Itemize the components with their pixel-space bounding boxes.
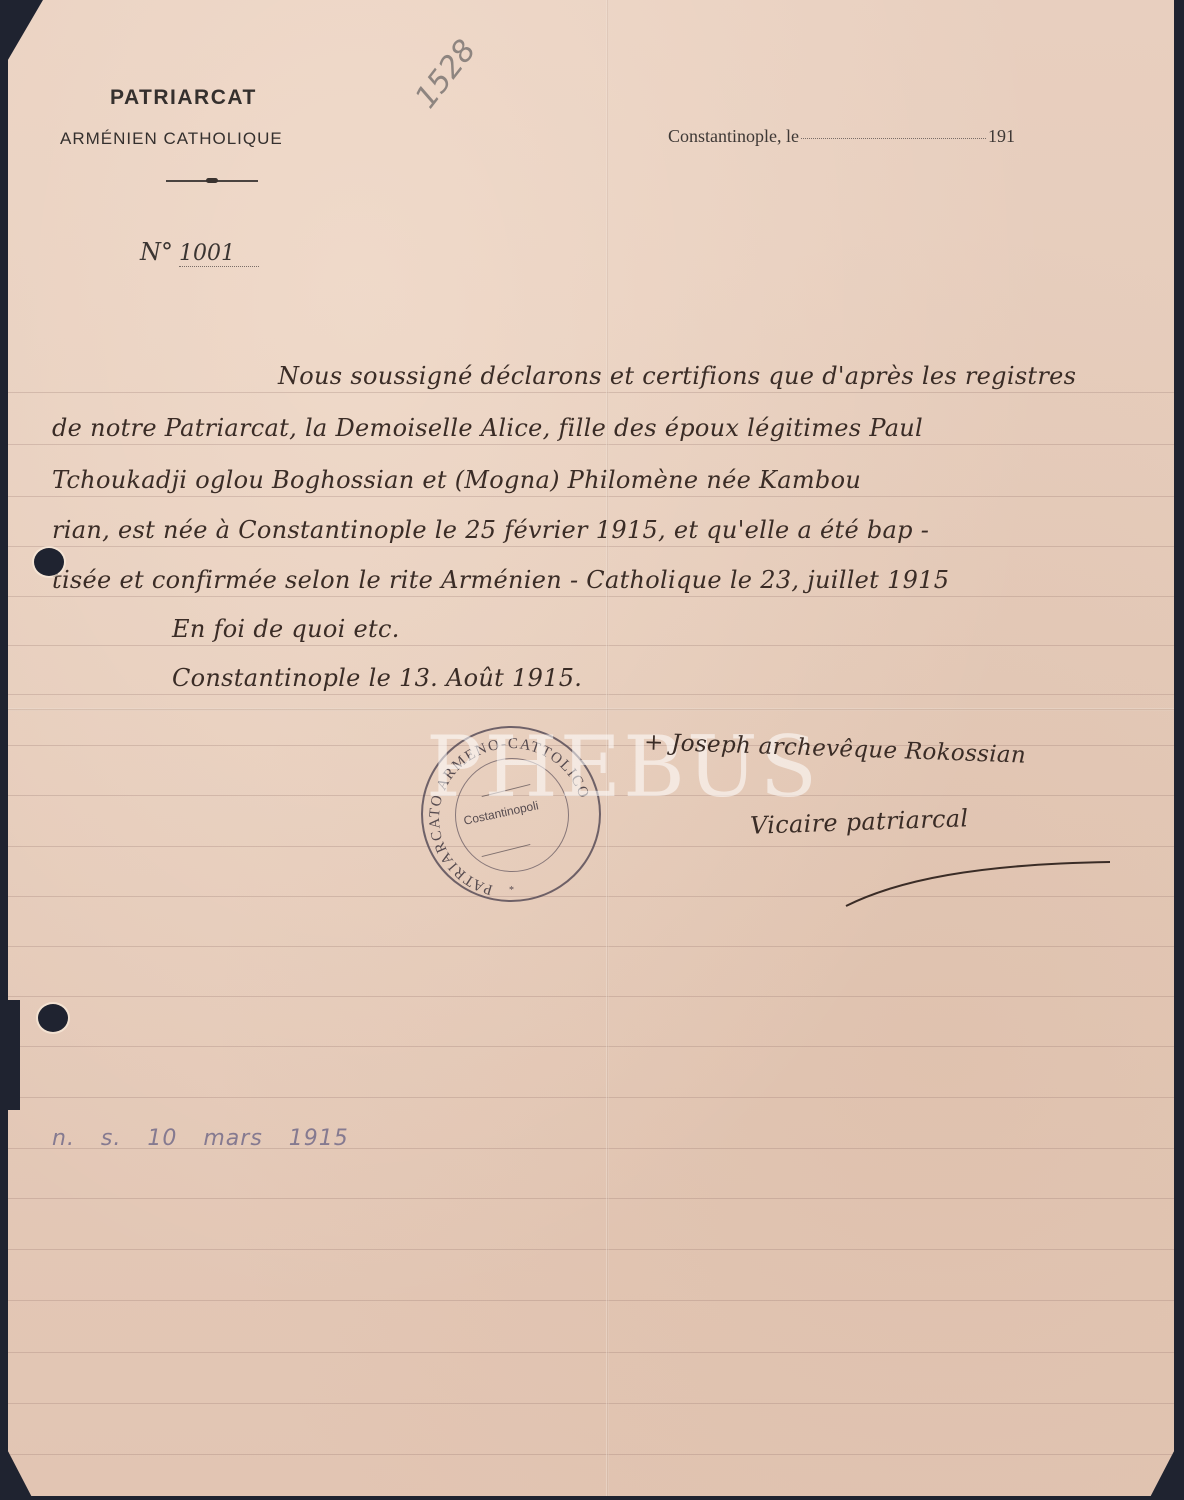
document-page: PATRIARCAT ARMÉNIEN CATHOLIQUE Constanti… (8, 0, 1174, 1496)
closing-formula: En foi de quoi etc. (172, 615, 400, 643)
ruled-line (8, 392, 1174, 393)
number-label: N° (140, 238, 173, 266)
place-and-date: Constantinople le 13. Août 1915. (172, 664, 582, 692)
official-seal: PATRIARCATO ARMENO-CATTOLICO * Costantin… (421, 726, 601, 902)
signature-line-2: Vicaire patriarcal (750, 804, 969, 840)
ruled-line (8, 946, 1174, 947)
ruled-line (8, 996, 1174, 997)
ruled-line (8, 1249, 1174, 1250)
ruled-line (8, 1097, 1174, 1098)
punch-hole-top (34, 548, 64, 576)
pencil-reference-number: 1528 (408, 33, 483, 115)
ruled-line (8, 1403, 1174, 1404)
pencil-annotation: n. s. 10 mars 1915 (52, 1126, 349, 1151)
ruled-line (8, 444, 1174, 445)
signature-flourish (838, 850, 1118, 910)
ruled-line (8, 546, 1174, 547)
punch-hole-bottom (38, 1004, 68, 1032)
ruled-line (8, 1046, 1174, 1047)
body-line-2: de notre Patriarcat, la Demoiselle Alice… (52, 414, 923, 442)
vertical-fold (606, 0, 609, 1496)
ruled-line (8, 694, 1174, 695)
ruled-line (8, 1198, 1174, 1199)
ruled-line (8, 596, 1174, 597)
body-line-1: Nous soussigné déclarons et certifions q… (278, 362, 1076, 390)
ruled-line (8, 496, 1174, 497)
signature-line-1: + Joseph archevêque Rokossian (644, 729, 1027, 768)
ruled-line (8, 645, 1174, 646)
ruled-line (8, 1352, 1174, 1353)
ruled-line (8, 1300, 1174, 1301)
torn-edge (8, 1000, 20, 1110)
body-line-4: rian, est née à Constantinople le 25 fév… (52, 516, 929, 544)
svg-text:*: * (509, 885, 514, 896)
letterhead-title: PATRIARCAT (110, 86, 257, 110)
body-line-3: Tchoukadji oglou Boghossian et (Mogna) P… (52, 466, 861, 494)
number-value: 1001 (179, 241, 259, 267)
horizontal-fold (8, 708, 1174, 711)
place-label: Constantinople, le (668, 126, 799, 147)
year-prefix: 191 (988, 126, 1015, 147)
document-number: N° 1001 (140, 238, 259, 267)
place-date-line: Constantinople, le 191 (668, 126, 1015, 147)
date-blank (801, 138, 986, 139)
ruled-line (8, 1454, 1174, 1455)
body-line-5: tisée et confirmée selon le rite Arménie… (52, 566, 949, 594)
letterhead-ornament (166, 180, 258, 182)
letterhead-subtitle: ARMÉNIEN CATHOLIQUE (60, 129, 283, 149)
